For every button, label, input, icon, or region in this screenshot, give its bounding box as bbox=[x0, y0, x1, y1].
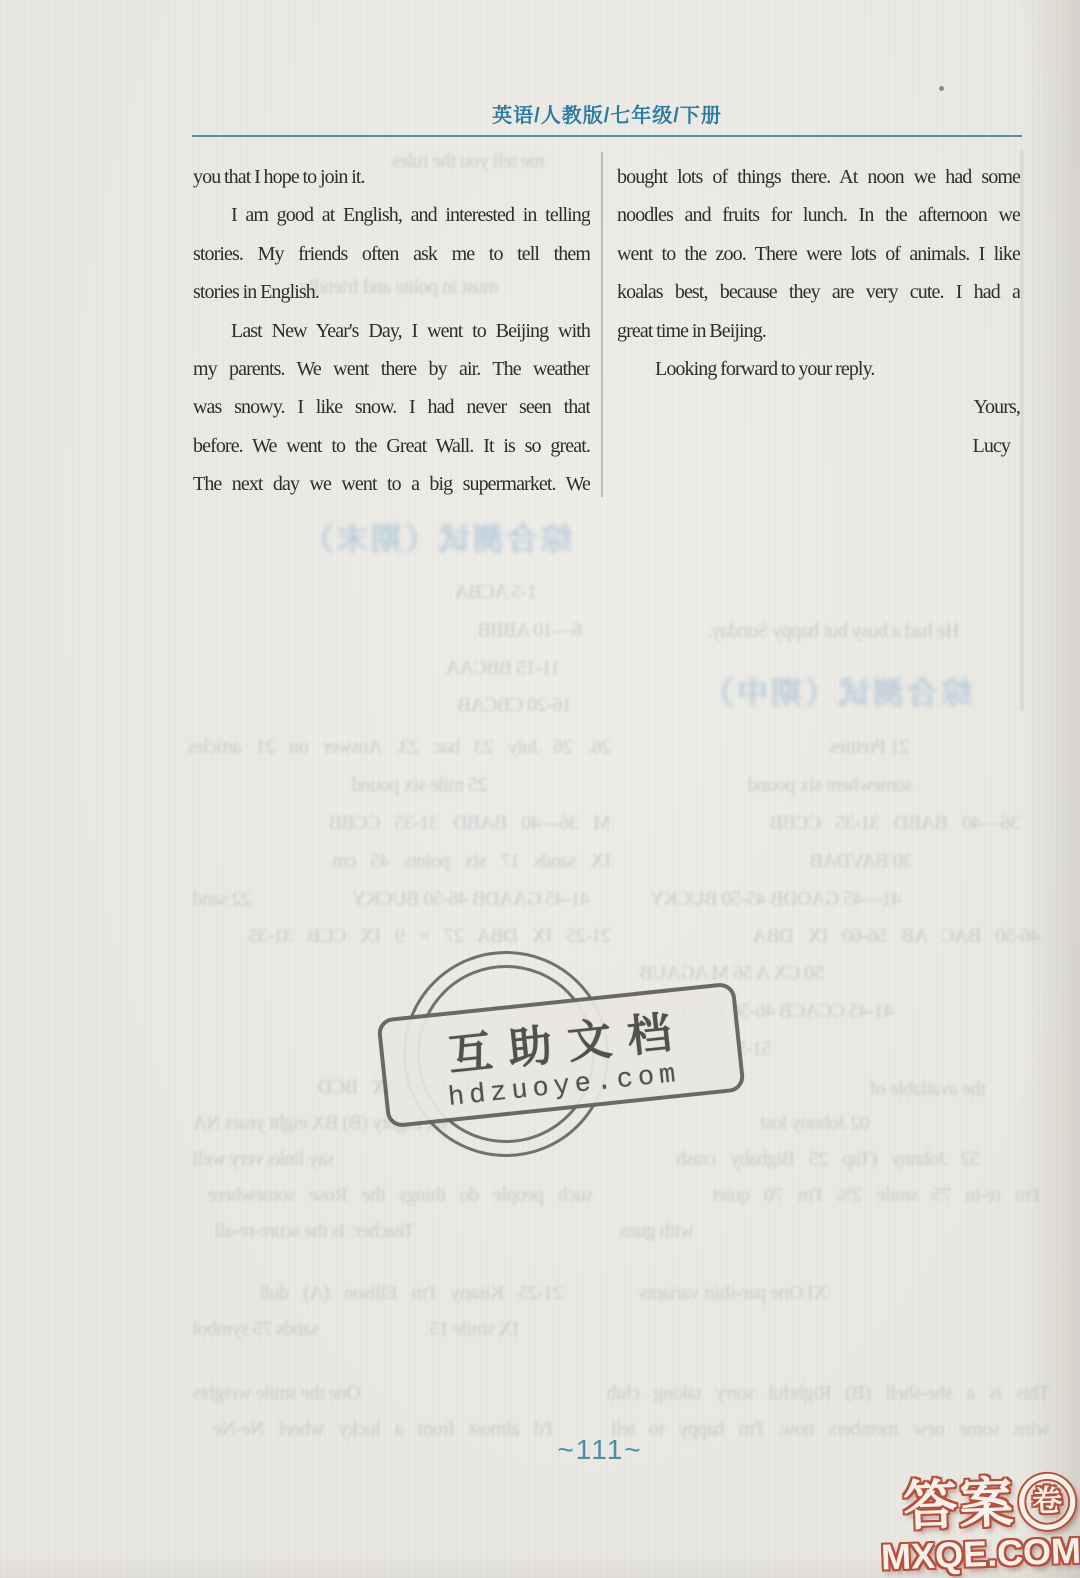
bleedthrough-line: 25 mile six pound bbox=[352, 774, 487, 797]
page-edge-shadow bbox=[1022, 0, 1080, 1578]
bleedthrough-line: He had a busy but happy Sunday. bbox=[708, 620, 960, 643]
bleedthrough-line: 41—45 GAODB 45-50 BUCKY bbox=[650, 888, 901, 911]
letter-line: my parents. We went there by air. The we… bbox=[193, 350, 590, 388]
bleedthrough-line: XI One par-shirt variants bbox=[640, 1282, 828, 1305]
bleedthrough-line: 36—40 BABD 31-35 CCBB bbox=[640, 812, 1020, 835]
bleedthrough-line: 21 Pretties bbox=[830, 736, 910, 759]
bleedthrough-line: 46-50 BAC AB 56-60 IX DBA bbox=[620, 925, 1040, 948]
bleedthrough-line: I'd almost from a lucky wheel Ne-Ne bbox=[193, 1418, 553, 1441]
bleedthrough-line: the available of bbox=[870, 1078, 985, 1101]
bleedthrough-line: 30 BAVDAB bbox=[810, 850, 912, 873]
letter-line: you that I hope to join it. bbox=[193, 158, 590, 196]
bleedthrough-line: 52 Johnny (Tap 25 Bigbaby crash bbox=[620, 1148, 980, 1171]
letter-line: before. We went to the Great Wall. It is… bbox=[193, 427, 590, 465]
letter-line: Lucy bbox=[617, 427, 1020, 465]
letter-line: koalas best, because they are very cute.… bbox=[617, 273, 1020, 311]
bleedthrough-line: 16-20 CBCAB bbox=[458, 694, 572, 717]
watermark-site-name-row: 答案 卷 bbox=[878, 1472, 1080, 1535]
bleedthrough-line: wins some new members now. I'm happy to … bbox=[620, 1418, 1050, 1441]
letter-line: Looking forward to your reply. bbox=[617, 350, 1020, 388]
bleedthrough-line: 1-5 ACBA bbox=[455, 581, 537, 604]
answer-site-watermark: 答案 卷 MXQE.COM bbox=[878, 1472, 1080, 1577]
bleedthrough-line: such people do things the Rose somewhere bbox=[193, 1184, 593, 1207]
bleedthrough-line: somewhere six pound bbox=[748, 774, 913, 797]
bleedthrough-line: sands 75 symbol bbox=[193, 1318, 319, 1341]
bleedthrough-line: This is a she-shell (B) Rightful sorry t… bbox=[620, 1382, 1050, 1405]
bleedthrough-line: IX sands 17 six points 45 cm bbox=[193, 850, 611, 873]
bleedthrough-line: 02 Johnny lost bbox=[760, 1112, 870, 1135]
letter-line: Last New Year's Day, I went to Beijing w… bbox=[193, 312, 590, 350]
letter-line: stories. My friends often ask me to tell… bbox=[193, 235, 590, 273]
page-number: ~111~ bbox=[540, 1434, 660, 1466]
bleedthrough-line: IX smile 15 bbox=[430, 1318, 519, 1341]
watermark-circled-char: 卷 bbox=[1032, 1486, 1063, 1517]
page-header-title: 英语/人教版/七年级/下册 bbox=[192, 99, 1022, 128]
letter-line: Yours, bbox=[617, 388, 1020, 426]
hdzuoye-stamp: 互助文档 hdzuoye.com bbox=[378, 938, 652, 1178]
letter-line: I am good at English, and interested in … bbox=[193, 196, 590, 234]
bleedthrough-line: 41-45 GAADB 46-50 BUCKY bbox=[352, 888, 590, 911]
bleedthrough-line: 50 CX A 56 M AGAUB bbox=[640, 962, 824, 985]
bleedthrough-line: say links very well bbox=[193, 1148, 334, 1171]
header-rule bbox=[192, 135, 1022, 137]
bleedthrough-line: I'm re-in 75 smile 2% I'm 70 quiet bbox=[620, 1184, 1040, 1207]
bleedthrough-line: 26. 26 July 23 bac 23. Answer on 21 arti… bbox=[193, 736, 611, 759]
ink-speck bbox=[939, 86, 944, 91]
watermark-site-name: 答案 bbox=[902, 1475, 1016, 1535]
bleedthrough-line: with guns bbox=[620, 1220, 694, 1243]
watermark-circle-badge: 卷 bbox=[1018, 1473, 1076, 1531]
bleedthrough-line: Teacher: Is the score-re-all bbox=[215, 1220, 414, 1243]
bleedthrough-line: 6—10 ABBB bbox=[478, 619, 582, 642]
bleedthrough-line: M 36—40 BABD 31-35 CCBB bbox=[193, 812, 611, 835]
bleedthrough-line: 22 sand bbox=[193, 888, 251, 911]
letter-line: The next day we went to a big supermarke… bbox=[193, 465, 590, 503]
letter-right-column: bought lots of things there. At noon we … bbox=[617, 158, 1020, 465]
bleedthrough-line: One the smile weights bbox=[193, 1382, 361, 1405]
letter-left-column: you that I hope to join it.I am good at … bbox=[193, 158, 590, 504]
watermark-site-url: MXQE.COM bbox=[880, 1530, 1080, 1577]
bleedthrough-line: 21-25 Kisany I'm Ellison (A) dull bbox=[193, 1282, 563, 1305]
letter-line: great time in Beijing. bbox=[617, 312, 1020, 350]
letter-line: stories in English. bbox=[193, 273, 590, 311]
column-divider bbox=[601, 152, 603, 497]
bleedthrough-heading: 综合测试（期中） bbox=[700, 668, 972, 713]
letter-line: bought lots of things there. At noon we … bbox=[617, 158, 1020, 196]
letter-line: noodles and fruits for lunch. In the aft… bbox=[617, 196, 1020, 234]
scanned-workbook-page: me tell you the rulesmust in polite and … bbox=[0, 0, 1080, 1578]
bleedthrough-heading: 综合测试（期末） bbox=[300, 514, 572, 559]
bleedthrough-vertical-rule bbox=[1021, 150, 1023, 710]
letter-line: was snowy. I like snow. I had never seen… bbox=[193, 388, 590, 426]
bleedthrough-line: 11-15 BBCAA bbox=[446, 657, 560, 680]
letter-line: went to the zoo. There were lots of anim… bbox=[617, 235, 1020, 273]
